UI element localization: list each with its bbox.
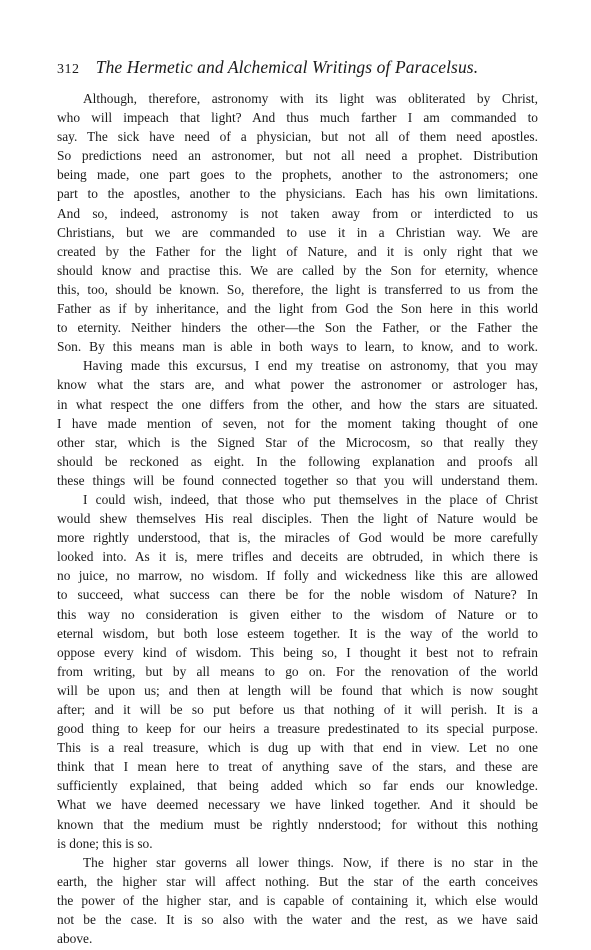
text-line: should be reckoned as eight. In the foll… [57,452,538,471]
text-line: in what respect the one differs from the… [57,395,538,414]
text-line: to succeed, what success can there be fo… [57,585,538,604]
paragraph: I could wish, indeed, that those who put… [57,490,538,853]
body-text: Although, therefore, astronomy with its … [57,89,538,948]
text-line: This is a real treasure, which is dug up… [57,738,538,757]
text-line: think that I mean here to treat of anyth… [57,757,538,776]
text-line: part to the apostles, another to the phy… [57,184,538,203]
text-line: would shew themselves His real disciples… [57,509,538,528]
text-line: should know and practise this. We are ca… [57,261,538,280]
running-head: 312 The Hermetic and Alchemical Writings… [57,57,538,81]
page-number: 312 [57,62,80,77]
text-line: these things will be found connected tog… [57,471,538,490]
text-line: Christians, but we are commanded to use … [57,223,538,242]
paragraph: Although, therefore, astronomy with its … [57,89,538,356]
text-line: sufficiently explained, that being added… [57,776,538,795]
text-line: What we have deemed necessary we have li… [57,795,538,814]
book-page: 312 The Hermetic and Alchemical Writings… [57,57,538,948]
text-line: no juice, no marrow, no wisdom. If folly… [57,566,538,585]
text-line: will be upon us; and then at length will… [57,681,538,700]
text-line: not be the case. It is so also with the … [57,910,538,929]
text-line: Son. By this means man is able in both w… [57,337,538,356]
text-line: after; and it will be so put before us t… [57,700,538,719]
text-line: So predictions need an astronomer, but n… [57,146,538,165]
text-line: this, too, should be known. So, therefor… [57,280,538,299]
text-line: above. [57,929,538,948]
text-line: Although, therefore, astronomy with its … [57,89,538,108]
text-line: earth, the higher star will affect nothi… [57,872,538,891]
running-title: The Hermetic and Alchemical Writings of … [96,57,478,77]
text-line: known that the medium must be rightly nn… [57,815,538,834]
text-line: to eternity. Neither hinders the other—t… [57,318,538,337]
text-line: the power of the higher star, and is cap… [57,891,538,910]
text-line: other star, which is the Signed Star of … [57,433,538,452]
text-line: from writing, but by all means to go on.… [57,662,538,681]
text-line: oppose every kind of wisdom. This being … [57,643,538,662]
text-line: this way no consideration is given eithe… [57,605,538,624]
text-line: Having made this excursus, I end my trea… [57,356,538,375]
text-line: who will impeach that light? And thus mu… [57,108,538,127]
text-line: The higher star governs all lower things… [57,853,538,872]
text-line: created by the Father for the light of N… [57,242,538,261]
paragraph: Having made this excursus, I end my trea… [57,356,538,490]
text-line: And so, indeed, astronomy is not taken a… [57,204,538,223]
text-line: is done; this is so. [57,834,538,853]
paragraph: The higher star governs all lower things… [57,853,538,948]
text-line: being made, one part goes to the prophet… [57,165,538,184]
text-line: more rightly understood, that is, the mi… [57,528,538,547]
text-line: I could wish, indeed, that those who put… [57,490,538,509]
text-line: I have made mention of seven, not for th… [57,414,538,433]
text-line: good thing to keep for our heirs a treas… [57,719,538,738]
text-line: Father as if by inheritance, and the lig… [57,299,538,318]
text-line: know what the stars are, and what power … [57,375,538,394]
text-line: say. The sick have need of a physician, … [57,127,538,146]
text-line: looked into. As it is, mere trifles and … [57,547,538,566]
text-line: eternal wisdom, but both lose esteem tog… [57,624,538,643]
